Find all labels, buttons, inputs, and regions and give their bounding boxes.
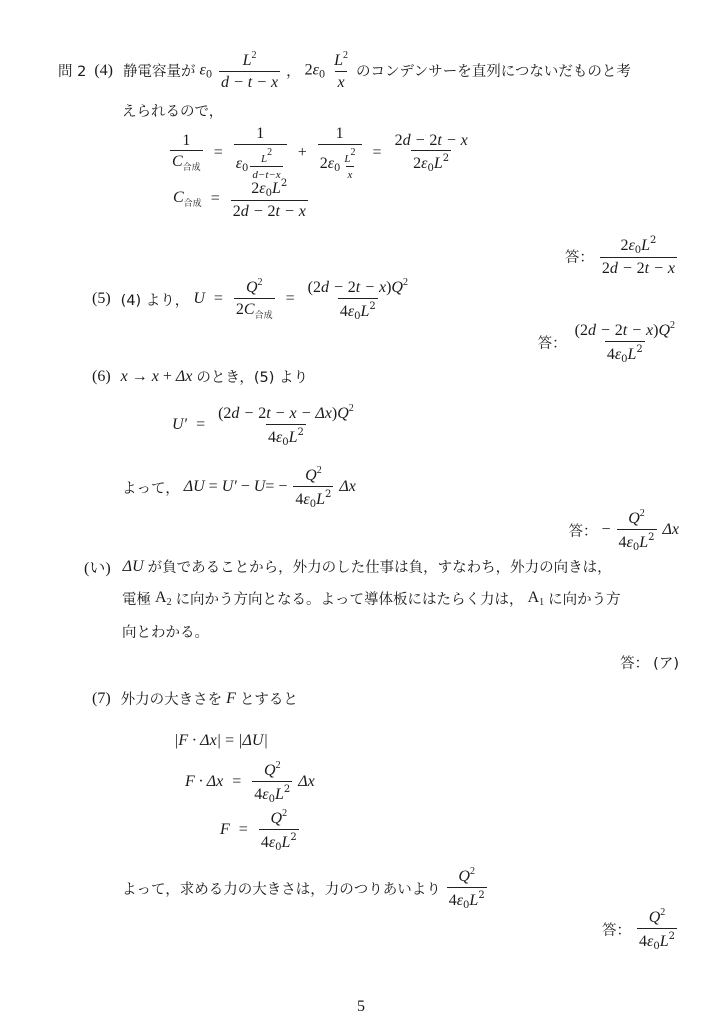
part6-intro: (6) x → x + Δx のとき，(5) より — [92, 366, 308, 387]
part-i-text1: が負であることから，外力のした仕事は負，すなわち，外力の向きは， — [148, 556, 612, 577]
part4-text3: えられるので， — [122, 100, 223, 121]
part7-label: (7) — [92, 690, 111, 708]
part7-text1: 外力の大きさを — [121, 688, 223, 709]
part-i-text2a: 電極 — [122, 588, 151, 609]
cap2-expr: 2ε0 L2x — [305, 50, 352, 91]
part7-eq1: |F · Δx| = |ΔU| — [174, 732, 268, 750]
part6-text1: のとき，(5) より — [196, 366, 308, 387]
part4-eq2: C合成 = 2ε0L22d − 2t − x — [173, 178, 310, 221]
part7-conclusion: よって，求める力の大きさは，力のつりあいより Q24ε0L2 — [122, 866, 489, 911]
part4-eq1: 1C合成 = 1ε0L2d−t−x + 12ε0L2x = 2d − 2t − … — [168, 125, 472, 181]
part7-text2: よって，求める力の大きさは，力のつりあいより — [122, 878, 441, 899]
cap1-expr: ε0 L2d − t − x — [200, 50, 283, 91]
part6-label: (6) — [92, 368, 111, 386]
part6-eq1: U′ = (2d − 2t − x − Δx)Q24ε0L2 — [172, 403, 358, 448]
part7-answer: 答： Q24ε0L2 — [602, 907, 679, 952]
answer-prefix: 答： — [538, 332, 567, 353]
part6-eq2: よって， ΔU = U′ − U= − Q24ε0L2 Δx — [122, 465, 356, 510]
part6-text2: よって， — [122, 477, 180, 498]
part-i-line2: 電極 A2 に向かう方向となる。よって導体板にはたらく力は， A1 に向かう方 — [122, 588, 621, 609]
part7-eq3: F = Q24ε0L2 — [220, 808, 301, 853]
answer-prefix: 答： — [620, 652, 649, 673]
part-i-text2c: に向かう方 — [548, 588, 621, 609]
page-number: 5 — [357, 998, 365, 1016]
answer-prefix: 答： — [602, 919, 631, 940]
part5-answer: 答： (2d − 2t − x)Q24ε0L2 — [538, 320, 679, 365]
part7-intro: (7) 外力の大きさを F とすると — [92, 688, 298, 709]
part5-text: (4) より， — [121, 289, 190, 310]
part-i-text3: 向とわかる。 — [122, 621, 209, 642]
part-i-text2b: に向かう方向となる。よって導体板にはたらく力は， — [176, 588, 524, 609]
part4-text2: のコンデンサーを直列につないだものと考 — [356, 60, 631, 81]
part7-text1b: とすると — [240, 688, 298, 709]
part4-intro: 問 2 (4) 静電容量が ε0 L2d − t − x ， 2ε0 L2x の… — [58, 50, 631, 91]
part7-eq2: F · Δx = Q24ε0L2 Δx — [185, 760, 315, 805]
part-i-answer: 答： (ア) — [620, 652, 679, 673]
part5-line: (5) (4) より， U = Q22C合成 = (2d − 2t − x)Q2… — [92, 277, 412, 322]
part6-answer: 答： − Q24ε0L2 Δx — [569, 508, 680, 553]
part4-label: (4) — [94, 62, 113, 80]
part-i-label: (い) — [84, 555, 111, 578]
answer-prefix: 答： — [569, 520, 598, 541]
part4-text1: 静電容量が — [123, 60, 196, 81]
answer-prefix: 答： — [565, 246, 594, 267]
part-i-line1: (い) ΔU が負であることから，外力のした仕事は負，すなわち，外力の向きは， — [84, 555, 612, 578]
part5-label: (5) — [92, 290, 111, 308]
part4-answer: 答： 2ε0L22d − 2t − x — [565, 235, 679, 278]
answer-value: (ア) — [653, 652, 679, 673]
question-label: 問 2 — [58, 60, 86, 81]
